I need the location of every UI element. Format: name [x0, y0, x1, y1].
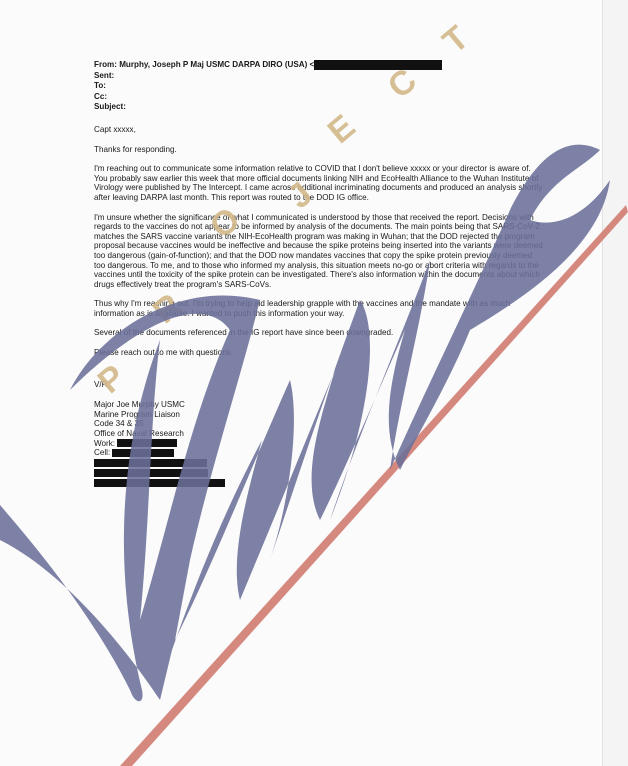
redaction-bar — [314, 60, 442, 70]
body-paragraph: I'm reaching out to communicate some inf… — [94, 164, 544, 202]
body-paragraph: Thus why I'm reaching out. I'm trying to… — [94, 299, 544, 318]
body-paragraph: Please reach out to me with questions. — [94, 348, 544, 358]
work-line: Work: — [94, 439, 544, 449]
body-paragraph: Thanks for responding. — [94, 145, 544, 155]
cc-label: Cc: — [94, 92, 107, 101]
signature-block: Major Joe Murphy USMC Marine Program Lia… — [94, 400, 544, 487]
from-value: Murphy, Joseph P Maj USMC DARPA DIRO (US… — [119, 60, 314, 69]
cell-label: Cell: — [94, 448, 110, 457]
sent-line: Sent: — [94, 71, 544, 82]
redaction-bar — [94, 469, 208, 477]
redaction-bar — [94, 479, 225, 487]
sent-label: Sent: — [94, 71, 114, 80]
redaction-bar — [117, 439, 177, 447]
body-paragraph: Several of the documents referenced in t… — [94, 328, 544, 338]
signature-org: Office of Naval Research — [94, 429, 544, 439]
email-header: From: Murphy, Joseph P Maj USMC DARPA DI… — [94, 60, 544, 113]
signature-code: Code 34 & 35 — [94, 419, 544, 429]
cell-line: Cell: — [94, 448, 544, 458]
from-line: From: Murphy, Joseph P Maj USMC DARPA DI… — [94, 60, 544, 71]
subject-line: Subject: — [94, 102, 544, 113]
cc-line: Cc: — [94, 92, 544, 103]
redaction-bar — [112, 449, 174, 457]
redaction-bar — [94, 459, 207, 467]
body-paragraph: I'm unsure whether the significance of w… — [94, 213, 544, 290]
subject-label: Subject: — [94, 102, 126, 111]
to-line: To: — [94, 81, 544, 92]
to-label: To: — [94, 81, 106, 90]
closing: V/R, — [94, 380, 544, 390]
salutation: Capt xxxxx, — [94, 125, 544, 135]
from-label: From: — [94, 60, 117, 69]
signature-name: Major Joe Murphy USMC — [94, 400, 544, 410]
document-page: From: Murphy, Joseph P Maj USMC DARPA DI… — [0, 0, 603, 766]
signature-title: Marine Program Liaison — [94, 410, 544, 420]
email-document: From: Murphy, Joseph P Maj USMC DARPA DI… — [94, 60, 544, 487]
work-label: Work: — [94, 439, 115, 448]
